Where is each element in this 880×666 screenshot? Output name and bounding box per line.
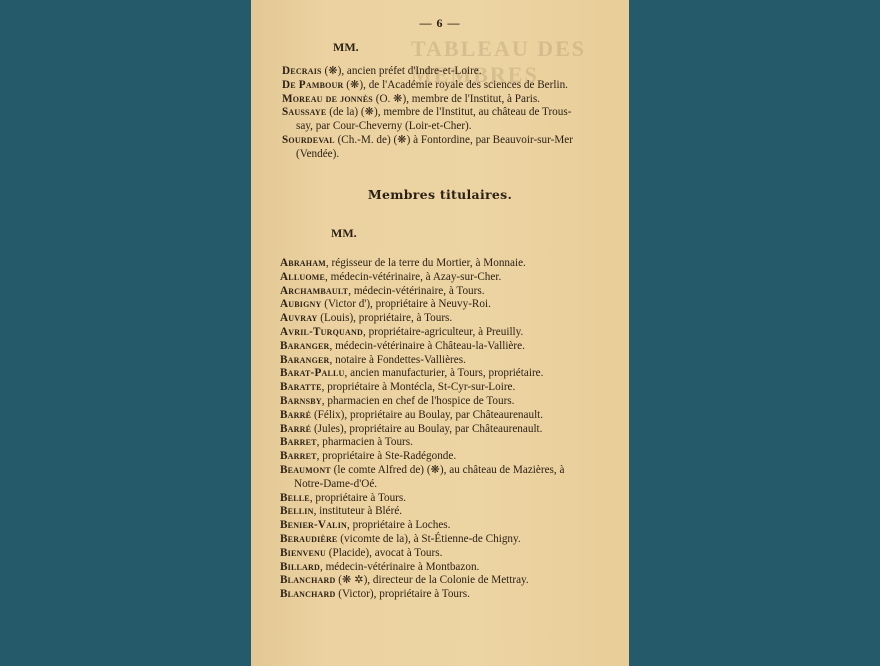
member-description: , notaire à Fondettes-Vallières. <box>330 354 466 366</box>
member-name: Decrais <box>282 65 322 77</box>
member-description: , médecin-vétérinaire à Montbazon. <box>320 561 479 573</box>
member-name: Avril-Turquand <box>280 326 363 338</box>
member-entry: Barré (Félix), propriétaire au Boulay, p… <box>280 409 610 423</box>
member-name: Archambault <box>280 285 348 297</box>
member-name: Beraudière <box>280 533 337 545</box>
member-entry: Billard, médecin-vétérinaire à Montbazon… <box>280 561 610 575</box>
member-entry: Archambault, médecin-vétérinaire, à Tour… <box>280 285 610 299</box>
member-name: Benier-Valin <box>280 519 347 531</box>
member-entry: Beraudière (vicomte de la), à St-Étienne… <box>280 533 610 547</box>
member-name: Beaumont <box>280 464 331 476</box>
member-entry: Baratte, propriétaire à Montécla, St-Cyr… <box>280 381 610 395</box>
member-description: (❋), ancien préfet d'Indre-et-Loire. <box>322 65 482 77</box>
member-description: , pharmacien à Tours. <box>317 436 413 448</box>
member-description: , propriétaire à Ste-Radégonde. <box>317 450 456 462</box>
member-description-continued: Notre-Dame-d'Oé. <box>280 478 610 492</box>
member-entry: Blanchard (❋ ✲), directeur de la Colonie… <box>280 574 610 588</box>
member-entry: Belle, propriétaire à Tours. <box>280 492 610 506</box>
member-name: Barat-Pallu <box>280 367 345 379</box>
member-name: Barré <box>280 423 311 435</box>
member-name: Barret <box>280 436 317 448</box>
member-description: , médecin-vétérinaire, à Azay-sur-Cher. <box>325 271 501 283</box>
member-entry: Blanchard (Victor), propriétaire à Tours… <box>280 588 610 602</box>
honorary-members-list: Decrais (❋), ancien préfet d'Indre-et-Lo… <box>282 65 612 162</box>
member-entry: Bienvenu (Placide), avocat à Tours. <box>280 547 610 561</box>
member-description: , régisseur de la terre du Mortier, à Mo… <box>326 257 526 269</box>
member-entry: Barret, pharmacien à Tours. <box>280 436 610 450</box>
member-name: Barnsby <box>280 395 322 407</box>
member-name: Aubigny <box>280 298 321 310</box>
member-name: Barret <box>280 450 317 462</box>
member-name: Barré <box>280 409 311 421</box>
member-entry: Auvray (Louis), propriétaire, à Tours. <box>280 312 610 326</box>
member-name: Billard <box>280 561 320 573</box>
member-entry: Benier-Valin, propriétaire à Loches. <box>280 519 610 533</box>
member-description: , ancien manufacturier, à Tours, proprié… <box>345 367 544 379</box>
member-name: Blanchard <box>280 574 336 586</box>
member-description: (Placide), avocat à Tours. <box>326 547 442 559</box>
member-name: Auvray <box>280 312 317 324</box>
member-name: Belle <box>280 492 310 504</box>
member-entry: Barat-Pallu, ancien manufacturier, à Tou… <box>280 367 610 381</box>
member-description: (❋ ✲), directeur de la Colonie de Mettra… <box>336 574 529 586</box>
member-entry: Beaumont (le comte Alfred de) (❋), au ch… <box>280 464 610 492</box>
member-name: Bellin <box>280 505 314 517</box>
member-name: Baranger <box>280 354 330 366</box>
member-entry: Decrais (❋), ancien préfet d'Indre-et-Lo… <box>282 65 612 79</box>
member-name: Blanchard <box>280 588 336 600</box>
member-description: , médecin-vétérinaire à Château-la-Valli… <box>330 340 525 352</box>
member-description: (❋), de l'Académie royale des sciences d… <box>344 79 568 91</box>
member-entry: Barnsby, pharmacien en chef de l'hospice… <box>280 395 610 409</box>
member-description: (Victor d'), propriétaire à Neuvy-Roi. <box>321 298 490 310</box>
member-name: Bienvenu <box>280 547 326 559</box>
member-name: Sourdeval <box>282 134 335 146</box>
member-description-continued: (Vendée). <box>282 148 612 162</box>
member-name: Moreau de jonnès <box>282 93 373 105</box>
member-entry: Bellin, instituteur à Bléré. <box>280 505 610 519</box>
member-description: (Félix), propriétaire au Boulay, par Châ… <box>311 409 543 421</box>
titular-members-list: Abraham, régisseur de la terre du Mortie… <box>280 257 610 602</box>
document-page: TABLEAU DES MEMBRES — 6 — MM. Decrais (❋… <box>251 0 629 666</box>
page-number: — 6 — <box>251 16 629 31</box>
member-entry: Moreau de jonnès (O. ❋), membre de l'Ins… <box>282 93 612 107</box>
member-description: , médecin-vétérinaire, à Tours. <box>348 285 484 297</box>
member-entry: Baranger, médecin-vétérinaire à Château-… <box>280 340 610 354</box>
member-name: Abraham <box>280 257 326 269</box>
member-entry: Avril-Turquand, propriétaire-agriculteur… <box>280 326 610 340</box>
section2-mm-label: MM. <box>331 226 357 241</box>
member-name: Alluome <box>280 271 325 283</box>
member-name: Baratte <box>280 381 322 393</box>
member-description: (de la) (❋), membre de l'Institut, au ch… <box>326 106 571 118</box>
member-description: (Louis), propriétaire, à Tours. <box>317 312 452 324</box>
member-entry: De Pambour (❋), de l'Académie royale des… <box>282 79 612 93</box>
member-entry: Barré (Jules), propriétaire au Boulay, p… <box>280 423 610 437</box>
member-description: , propriétaire-agriculteur, à Preuilly. <box>363 326 523 338</box>
member-description: , pharmacien en chef de l'hospice de Tou… <box>322 395 515 407</box>
member-description: (Jules), propriétaire au Boulay, par Châ… <box>311 423 542 435</box>
section1-mm-label: MM. <box>333 40 359 55</box>
member-description: , propriétaire à Loches. <box>347 519 450 531</box>
member-entry: Abraham, régisseur de la terre du Mortie… <box>280 257 610 271</box>
member-description: (Ch.-M. de) (❋) à Fontordine, par Beauvo… <box>335 134 573 146</box>
member-name: Saussaye <box>282 106 326 118</box>
member-name: Baranger <box>280 340 330 352</box>
section-title: Membres titulaires. <box>251 187 629 202</box>
member-description: (vicomte de la), à St-Étienne-de Chigny. <box>337 533 520 545</box>
member-description: , propriétaire à Tours. <box>310 492 406 504</box>
member-description-continued: say, par Cour-Cheverny (Loir-et-Cher). <box>282 120 612 134</box>
member-description: (O. ❋), membre de l'Institut, à Paris. <box>373 93 540 105</box>
member-description: , propriétaire à Montécla, St-Cyr-sur-Lo… <box>322 381 516 393</box>
member-entry: Barret, propriétaire à Ste-Radégonde. <box>280 450 610 464</box>
member-description: (Victor), propriétaire à Tours. <box>336 588 470 600</box>
member-description: , instituteur à Bléré. <box>314 505 403 517</box>
member-entry: Baranger, notaire à Fondettes-Vallières. <box>280 354 610 368</box>
member-name: De Pambour <box>282 79 344 91</box>
member-entry: Alluome, médecin-vétérinaire, à Azay-sur… <box>280 271 610 285</box>
member-description: (le comte Alfred de) (❋), au château de … <box>331 464 565 476</box>
member-entry: Sourdeval (Ch.-M. de) (❋) à Fontordine, … <box>282 134 612 162</box>
member-entry: Aubigny (Victor d'), propriétaire à Neuv… <box>280 298 610 312</box>
member-entry: Saussaye (de la) (❋), membre de l'Instit… <box>282 106 612 134</box>
